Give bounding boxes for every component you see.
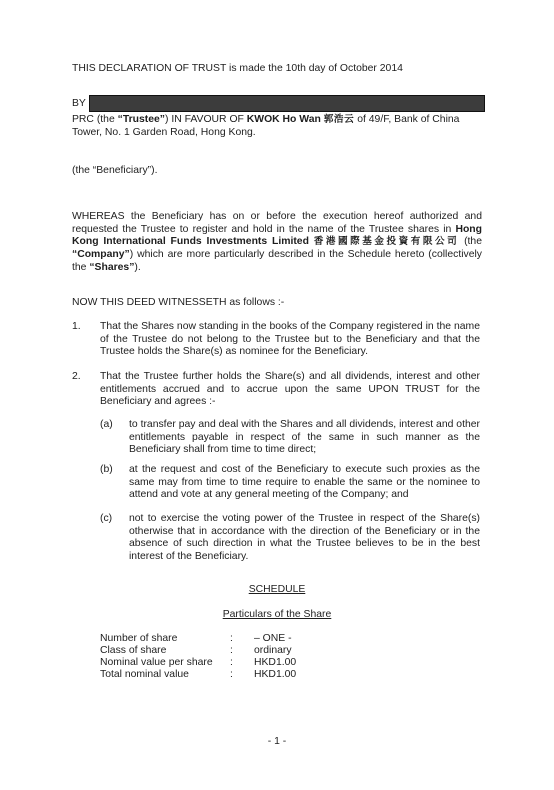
sub-clause-label: (b) [100, 464, 113, 477]
clause-1: 1. That the Shares now standing in the b… [72, 321, 480, 359]
whereas-part1: WHEREAS the Beneficiary has on or before… [72, 211, 482, 235]
company-term: “Company” [72, 249, 130, 260]
sub-clause-b: (b) at the request and cost of the Benef… [100, 464, 480, 502]
whereas-part2: (the [459, 236, 482, 247]
schedule-separator: : [230, 669, 254, 681]
witnesseth-heading: NOW THIS DEED WITNESSETH as follows :- [72, 297, 480, 310]
schedule-label: Total nominal value [100, 669, 230, 681]
schedule-table: Number of share : – ONE - Class of share… [100, 633, 296, 681]
beneficiary-name: KWOK Ho Wan [247, 114, 321, 125]
schedule-separator: : [230, 657, 254, 669]
sub-clause-text: at the request and cost of the Beneficia… [129, 464, 480, 502]
sub-clause-a: (a) to transfer pay and deal with the Sh… [100, 419, 480, 457]
beneficiary-name-cjk: 郭浩云 [324, 114, 355, 125]
sub-clause-label: (a) [100, 419, 113, 432]
schedule-value: HKD1.00 [254, 669, 296, 681]
parties-prefix: PRC (the [72, 114, 118, 125]
redacted-trustee-name [89, 95, 485, 112]
trustee-term: “Trustee” [118, 114, 165, 125]
schedule-row: Class of share : ordinary [100, 645, 296, 657]
whereas-part4: ). [134, 262, 140, 273]
schedule-heading: SCHEDULE [0, 584, 554, 597]
schedule-value: ordinary [254, 645, 296, 657]
clause-number: 1. [72, 321, 81, 334]
schedule-row: Number of share : – ONE - [100, 633, 296, 645]
company-name-cjk: 香港國際基金投資有限公司 [314, 236, 460, 247]
opening-line: THIS DECLARATION OF TRUST is made the 10… [72, 63, 480, 76]
sub-clause-text: to transfer pay and deal with the Shares… [129, 419, 480, 457]
schedule-separator: : [230, 645, 254, 657]
sub-clause-c: (c) not to exercise the voting power of … [100, 513, 480, 564]
schedule-label: Number of share [100, 633, 230, 645]
schedule-label: Nominal value per share [100, 657, 230, 669]
schedule-separator: : [230, 633, 254, 645]
clause-text: That the Shares now standing in the book… [100, 321, 480, 359]
schedule-label: Class of share [100, 645, 230, 657]
schedule-title: SCHEDULE [249, 584, 306, 595]
schedule-row: Nominal value per share : HKD1.00 [100, 657, 296, 669]
schedule-subheading: Particulars of the Share [0, 609, 554, 622]
clause-text: That the Trustee further holds the Share… [100, 371, 480, 409]
beneficiary-definition: (the “Beneficiary”). [72, 165, 480, 178]
clause-2: 2. That the Trustee further holds the Sh… [72, 371, 480, 409]
schedule-subtitle: Particulars of the Share [223, 609, 332, 620]
shares-term: “Shares” [89, 262, 134, 273]
address-line1-tail: of 49/F, Bank of China [354, 114, 459, 125]
parties-paragraph: PRC (the “Trustee”) IN FAVOUR OF KWOK Ho… [72, 114, 482, 139]
whereas-paragraph: WHEREAS the Beneficiary has on or before… [72, 211, 482, 275]
sub-clause-text: not to exercise the voting power of the … [129, 513, 480, 564]
page-number: - 1 - [0, 736, 554, 749]
schedule-value: – ONE - [254, 633, 296, 645]
parties-mid: ) IN FAVOUR OF [165, 114, 247, 125]
schedule-value: HKD1.00 [254, 657, 296, 669]
schedule-row: Total nominal value : HKD1.00 [100, 669, 296, 681]
address-line2: Tower, No. 1 Garden Road, Hong Kong. [72, 127, 256, 138]
clause-number: 2. [72, 371, 81, 384]
sub-clause-label: (c) [100, 513, 112, 526]
document-page: THIS DECLARATION OF TRUST is made the 10… [0, 0, 554, 790]
